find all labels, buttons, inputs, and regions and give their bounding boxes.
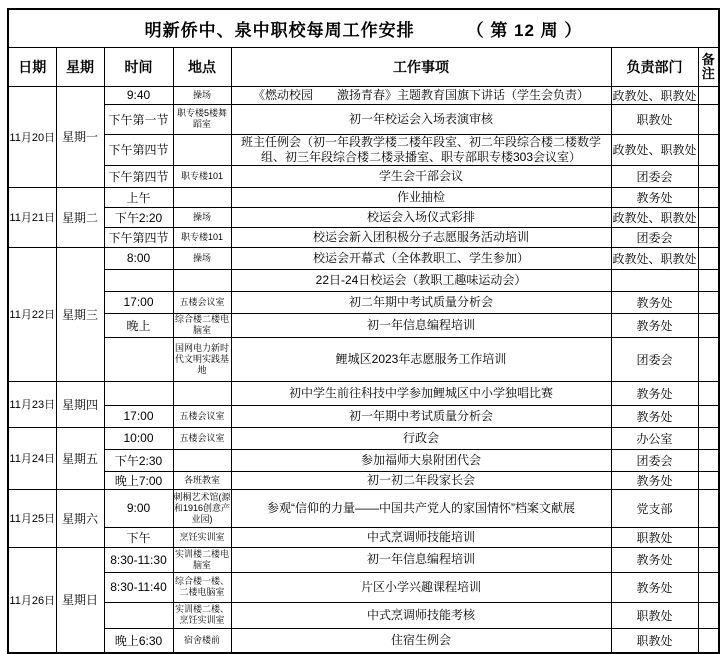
task-cell: 鲤城区2023年志愿服务工作培训 (231, 337, 611, 381)
note-cell (698, 104, 719, 134)
time-cell: 8:30-11:40 (104, 572, 173, 602)
task-cell: 学生会干部会议 (231, 165, 611, 187)
note-cell (698, 165, 719, 187)
date-cell: 11月22日 (8, 247, 56, 381)
table-row: 11月22日 星期三 8:00 操场 校运会开幕式（全体教职工、学生参加） 政教… (8, 247, 719, 269)
col-header-task: 工作事项 (231, 47, 611, 86)
date-cell: 11月25日 (8, 489, 56, 547)
table-row: 11月21日 星期二 上午 作业抽检 教务处 (8, 187, 719, 207)
date-cell: 11月26日 (8, 547, 56, 653)
table-row: 11月23日 星期四 初中学生前往科技中学参加鲤城区中小学独唱比赛 教务处 (8, 381, 719, 405)
task-cell: 初一初二年段家长会 (231, 471, 611, 489)
place-cell: 综合楼二楼电脑室 (173, 313, 231, 337)
place-cell: 实训楼二楼、烹饪实训室 (173, 602, 231, 628)
time-cell: 上午 (104, 187, 173, 207)
dept-cell: 团委会 (611, 337, 698, 381)
task-cell: 中式烹调师技能考核 (231, 602, 611, 628)
task-cell: 作业抽检 (231, 187, 611, 207)
task-cell: 校运会开幕式（全体教职工、学生参加） (231, 247, 611, 269)
note-cell (698, 381, 719, 405)
time-cell: 9:40 (104, 86, 173, 104)
note-cell (698, 269, 719, 291)
table-row: 下午第四节 职专楼101 学生会干部会议 团委会 (8, 165, 719, 187)
task-cell: 校运会入场仪式彩排 (231, 207, 611, 227)
table-row: 下午第四节 职专楼101 校运会新入团积极分子志愿服务活动培训 团委会 (8, 227, 719, 247)
task-cell: 《燃动校园 激扬青春》主题教育国旗下讲话（学生会负责） (231, 86, 611, 104)
place-cell: 操场 (173, 207, 231, 227)
place-cell (173, 134, 231, 165)
dept-cell: 教务处 (611, 547, 698, 572)
title-week-label: （ 第 12 周 ） (467, 16, 583, 41)
task-cell: 片区小学兴趣课程培训 (231, 572, 611, 602)
time-cell: 晚上 (104, 313, 173, 337)
dept-cell: 政教处、职教处 (611, 247, 698, 269)
task-cell: 中式烹调师技能培训 (231, 527, 611, 547)
dept-cell: 职教处 (611, 628, 698, 653)
dept-cell: 政教处、职教处 (611, 134, 698, 165)
day-cell: 星期二 (56, 187, 104, 247)
place-cell: 五楼会议室 (173, 405, 231, 427)
time-cell: 下午2:30 (104, 449, 173, 471)
dept-cell: 政教处、职教处 (611, 86, 698, 104)
place-cell: 五楼会议室 (173, 427, 231, 449)
note-cell (698, 489, 719, 527)
dept-cell: 职教处 (611, 104, 698, 134)
table-row: 11月26日 星期日 8:30-11:30 实训楼二楼电脑室 初一年信息编程培训… (8, 547, 719, 572)
time-cell: 17:00 (104, 405, 173, 427)
table-row: 国网电力新时代文明实践基地 鲤城区2023年志愿服务工作培训 团委会 (8, 337, 719, 381)
note-cell (698, 207, 719, 227)
note-header-top: 备 (699, 53, 719, 67)
time-cell: 8:30-11:30 (104, 547, 173, 572)
place-cell: 五楼会议室 (173, 291, 231, 313)
date-cell: 11月24日 (8, 427, 56, 489)
date-cell: 11月20日 (8, 86, 56, 187)
dept-cell: 办公室 (611, 427, 698, 449)
place-cell: 各班教室 (173, 471, 231, 489)
time-cell: 下午第四节 (104, 165, 173, 187)
note-cell (698, 471, 719, 489)
date-cell: 11月21日 (8, 187, 56, 247)
place-cell: 职专楼101 (173, 227, 231, 247)
table-row: 下午2:20 操场 校运会入场仪式彩排 政教处、职教处 (8, 207, 719, 227)
table-row: 下午 烹饪实训室 中式烹调师技能培训 职教处 (8, 527, 719, 547)
table-row: 11月20日 星期一 9:40 操场 《燃动校园 激扬青春》主题教育国旗下讲话（… (8, 86, 719, 104)
dept-cell: 团委会 (611, 227, 698, 247)
table-row: 晚上 综合楼二楼电脑室 初一年信息编程培训 教务处 (8, 313, 719, 337)
place-cell: 宿舍楼前 (173, 628, 231, 653)
note-cell (698, 247, 719, 269)
table-row: 下午2:30 参加福师大泉附团代会 团委会 (8, 449, 719, 471)
time-cell: 下午 (104, 527, 173, 547)
place-cell (173, 269, 231, 291)
task-cell: 初中学生前往科技中学参加鲤城区中小学独唱比赛 (231, 381, 611, 405)
table-row: 17:00 五楼会议室 初二年期中考试质量分析会 教务处 (8, 291, 719, 313)
schedule-table: 明新侨中、泉中职校每周工作安排 （ 第 12 周 ） 日期 星期 时间 地点 工… (7, 8, 720, 654)
place-cell: 操场 (173, 247, 231, 269)
dept-cell: 职教处 (611, 527, 698, 547)
time-cell: 下午第一节 (104, 104, 173, 134)
dept-cell: 职教处 (611, 602, 698, 628)
dept-cell (611, 269, 698, 291)
task-cell: 住宿生例会 (231, 628, 611, 653)
time-cell (104, 269, 173, 291)
dept-cell: 政教处、职教处 (611, 207, 698, 227)
col-header-note: 备 注 (698, 47, 719, 86)
dept-cell: 教务处 (611, 405, 698, 427)
day-cell: 星期六 (56, 489, 104, 547)
note-cell (698, 628, 719, 653)
col-header-time: 时间 (104, 47, 173, 86)
place-cell: 职专楼5楼舞蹈室 (173, 104, 231, 134)
note-cell (698, 602, 719, 628)
note-cell (698, 547, 719, 572)
dept-cell: 教务处 (611, 471, 698, 489)
col-header-day: 星期 (56, 47, 104, 86)
note-cell (698, 449, 719, 471)
day-cell: 星期五 (56, 427, 104, 489)
note-cell (698, 134, 719, 165)
time-cell: 9:00 (104, 489, 173, 527)
time-cell: 下午第四节 (104, 134, 173, 165)
note-cell (698, 291, 719, 313)
task-cell: 22日-24日校运会（教职工趣味运动会） (231, 269, 611, 291)
time-cell: 晚上6:30 (104, 628, 173, 653)
time-cell: 17:00 (104, 291, 173, 313)
dept-cell: 教务处 (611, 381, 698, 405)
place-cell (173, 449, 231, 471)
task-cell: 参观“信仰的力量——中国共产党人的家国情怀”档案文献展 (231, 489, 611, 527)
place-cell (173, 381, 231, 405)
table-row: 下午第一节 职专楼5楼舞蹈室 初一年校运会入场表演审核 职教处 (8, 104, 719, 134)
time-cell: 10:00 (104, 427, 173, 449)
date-cell: 11月23日 (8, 381, 56, 427)
note-cell (698, 337, 719, 381)
note-cell (698, 187, 719, 207)
place-cell (173, 187, 231, 207)
title-main: 明新侨中、泉中职校每周工作安排 (145, 16, 415, 41)
time-cell: 下午2:20 (104, 207, 173, 227)
day-cell: 星期三 (56, 247, 104, 381)
place-cell: 综合楼一楼、二楼电脑室 (173, 572, 231, 602)
note-header-bottom: 注 (699, 67, 719, 81)
table-row: 11月24日 星期五 10:00 五楼会议室 行政会 办公室 (8, 427, 719, 449)
note-cell (698, 227, 719, 247)
time-cell (104, 602, 173, 628)
task-cell: 初二年期中考试质量分析会 (231, 291, 611, 313)
note-cell (698, 86, 719, 104)
table-row: 17:00 五楼会议室 初一年期中考试质量分析会 教务处 (8, 405, 719, 427)
note-cell (698, 572, 719, 602)
table-row: 实训楼二楼、烹饪实训室 中式烹调师技能考核 职教处 (8, 602, 719, 628)
time-cell (104, 381, 173, 405)
page: 明新侨中、泉中职校每周工作安排 （ 第 12 周 ） 日期 星期 时间 地点 工… (0, 0, 725, 653)
header-row: 日期 星期 时间 地点 工作事项 负责部门 备 注 (8, 47, 719, 86)
place-cell: 刺桐艺术馆(源和1916创意产业园) (173, 489, 231, 527)
dept-cell: 团委会 (611, 449, 698, 471)
dept-cell: 教务处 (611, 291, 698, 313)
place-cell: 实训楼二楼电脑室 (173, 547, 231, 572)
task-cell: 初一年信息编程培训 (231, 313, 611, 337)
col-header-place: 地点 (173, 47, 231, 86)
time-cell: 晚上7:00 (104, 471, 173, 489)
task-cell: 初一年期中考试质量分析会 (231, 405, 611, 427)
table-row: 11月25日 星期六 9:00 刺桐艺术馆(源和1916创意产业园) 参观“信仰… (8, 489, 719, 527)
task-cell: 班主任例会（初一年段教学楼二楼年段室、初二年段综合楼二楼数学组、初三年段综合楼二… (231, 134, 611, 165)
table-row: 下午第四节 班主任例会（初一年段教学楼二楼年段室、初二年段综合楼二楼数学组、初三… (8, 134, 719, 165)
task-cell: 初一年信息编程培训 (231, 547, 611, 572)
task-cell: 行政会 (231, 427, 611, 449)
table-row: 晚上7:00 各班教室 初一初二年段家长会 教务处 (8, 471, 719, 489)
task-cell: 初一年校运会入场表演审核 (231, 104, 611, 134)
dept-cell: 教务处 (611, 187, 698, 207)
dept-cell: 团委会 (611, 165, 698, 187)
day-cell: 星期日 (56, 547, 104, 653)
title-row: 明新侨中、泉中职校每周工作安排 （ 第 12 周 ） (8, 9, 719, 47)
dept-cell: 教务处 (611, 313, 698, 337)
table-row: 22日-24日校运会（教职工趣味运动会） (8, 269, 719, 291)
dept-cell: 教务处 (611, 572, 698, 602)
table-row: 晚上6:30 宿舍楼前 住宿生例会 职教处 (8, 628, 719, 653)
task-cell: 校运会新入团积极分子志愿服务活动培训 (231, 227, 611, 247)
col-header-dept: 负责部门 (611, 47, 698, 86)
table-row: 8:30-11:40 综合楼一楼、二楼电脑室 片区小学兴趣课程培训 教务处 (8, 572, 719, 602)
page-title: 明新侨中、泉中职校每周工作安排 （ 第 12 周 ） (8, 9, 719, 47)
place-cell: 职专楼101 (173, 165, 231, 187)
dept-cell: 党支部 (611, 489, 698, 527)
place-cell: 烹饪实训室 (173, 527, 231, 547)
col-header-date: 日期 (8, 47, 56, 86)
place-cell: 国网电力新时代文明实践基地 (173, 337, 231, 381)
day-cell: 星期一 (56, 86, 104, 187)
note-cell (698, 427, 719, 449)
task-cell: 参加福师大泉附团代会 (231, 449, 611, 471)
place-cell: 操场 (173, 86, 231, 104)
note-cell (698, 405, 719, 427)
day-cell: 星期四 (56, 381, 104, 427)
time-cell: 8:00 (104, 247, 173, 269)
time-cell: 下午第四节 (104, 227, 173, 247)
note-cell (698, 527, 719, 547)
note-cell (698, 313, 719, 337)
time-cell (104, 337, 173, 381)
